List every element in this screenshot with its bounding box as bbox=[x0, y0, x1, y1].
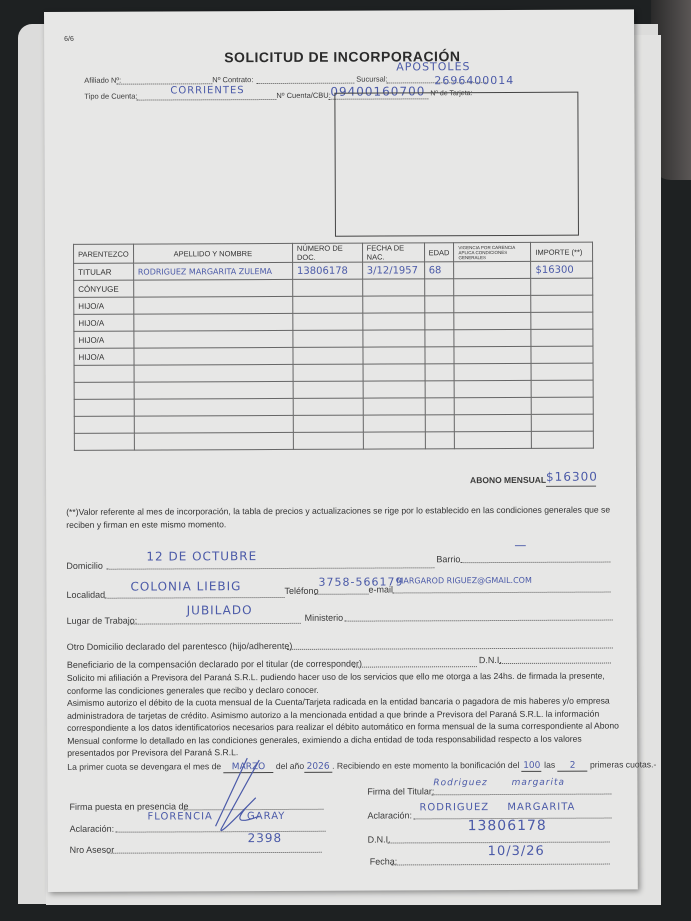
cell-fecha[interactable] bbox=[362, 330, 424, 347]
col-fecha: FECHA DE NAC. bbox=[362, 243, 424, 262]
otro-domicilio-field[interactable] bbox=[287, 648, 613, 650]
localidad-field[interactable] bbox=[105, 597, 285, 599]
aclaracion-asesor-value: FLORENCIA GARAY bbox=[147, 811, 285, 823]
cell-fecha[interactable] bbox=[363, 398, 425, 415]
cell-nombre[interactable]: RODRIGUEZ MARGARITA ZULEMA bbox=[133, 262, 292, 280]
fecha-field[interactable] bbox=[392, 864, 610, 866]
cell-fecha[interactable] bbox=[362, 313, 424, 330]
col-doc: NÚMERO DE DOC. bbox=[292, 243, 362, 262]
cell-parentezco bbox=[74, 365, 134, 382]
cell-vigencia[interactable] bbox=[454, 329, 531, 346]
cell-vigencia[interactable] bbox=[454, 295, 531, 312]
dni-titular-value: 13806178 bbox=[468, 818, 547, 834]
cell-vigencia[interactable] bbox=[454, 261, 531, 278]
cuotas-value[interactable]: 2 bbox=[558, 761, 588, 772]
photo-box bbox=[334, 92, 579, 237]
trabajo-field[interactable] bbox=[131, 623, 301, 625]
telefono-field[interactable] bbox=[315, 594, 369, 595]
cell-importe[interactable] bbox=[532, 414, 594, 431]
cell-edad[interactable] bbox=[425, 432, 455, 449]
tipo-cuenta-value: CORRIENTES bbox=[170, 85, 244, 96]
domicilio-value: 12 DE OCTUBRE bbox=[146, 549, 257, 563]
firma-titular-label: Firma del Titular: bbox=[367, 786, 434, 796]
tipo-cuenta-label: Tipo de Cuenta: bbox=[84, 92, 137, 101]
legal-paragraph-1: Solicito mi afiliación a Previsora del P… bbox=[67, 669, 627, 696]
cell-parentezco: TITULAR bbox=[74, 263, 134, 280]
cell-edad[interactable] bbox=[425, 398, 455, 415]
abono-value: $16300 bbox=[546, 470, 598, 484]
vigencia-sub: APLICA CONDICIONES GENERALES bbox=[458, 249, 526, 259]
cell-doc[interactable] bbox=[293, 296, 363, 313]
cell-importe[interactable] bbox=[532, 397, 594, 414]
cell-parentezco bbox=[74, 399, 134, 416]
cell-parentezco: HIJO/A bbox=[74, 331, 134, 348]
cell-importe[interactable] bbox=[531, 346, 593, 363]
las-label: las bbox=[544, 760, 555, 770]
abono-label: ABONO MENSUAL bbox=[470, 475, 546, 485]
aclaracion-asesor-label: Aclaración: bbox=[70, 824, 115, 834]
cell-edad[interactable] bbox=[424, 313, 454, 330]
cell-fecha[interactable] bbox=[363, 381, 425, 398]
sucursal-label: Sucursal: bbox=[356, 75, 387, 84]
firma-titular-field[interactable] bbox=[431, 794, 611, 796]
cell-nombre[interactable] bbox=[134, 313, 293, 331]
cell-nombre[interactable] bbox=[134, 432, 293, 450]
trabajo-label: Lugar de Trabajo: bbox=[67, 616, 138, 626]
trabajo-value: JUBILADO bbox=[187, 603, 253, 617]
col-vigencia: VIGENCIA POR CARENCIAAPLICA CONDICIONES … bbox=[454, 242, 531, 261]
cell-importe[interactable] bbox=[531, 380, 593, 397]
cell-fecha[interactable] bbox=[362, 296, 424, 313]
cell-importe[interactable] bbox=[531, 295, 593, 312]
cell-doc[interactable] bbox=[293, 415, 363, 432]
cell-parentezco: HIJO/A bbox=[74, 348, 134, 365]
asesor-value: 2398 bbox=[248, 831, 283, 845]
advisor-signature-icon bbox=[207, 756, 277, 836]
firma-titular-value: Rodriguez margarita bbox=[433, 778, 565, 789]
cell-vigencia[interactable] bbox=[455, 397, 532, 414]
cell-importe[interactable] bbox=[531, 312, 593, 329]
price-note: (**)Valor referente al mes de incorporac… bbox=[66, 503, 626, 530]
ministerio-label: Ministerio bbox=[305, 613, 344, 623]
cell-parentezco bbox=[74, 382, 134, 399]
cell-fecha[interactable] bbox=[363, 364, 425, 381]
cell-doc[interactable] bbox=[293, 364, 363, 381]
cell-importe[interactable] bbox=[532, 431, 594, 448]
cell-doc[interactable] bbox=[293, 279, 363, 296]
cell-edad[interactable]: 68 bbox=[424, 262, 454, 279]
cell-parentezco bbox=[74, 416, 134, 433]
cell-edad[interactable] bbox=[424, 296, 454, 313]
barrio-value: — bbox=[514, 538, 527, 552]
cell-vigencia[interactable] bbox=[454, 312, 531, 329]
anio-label: del año bbox=[276, 761, 304, 771]
cell-doc[interactable]: 13806178 bbox=[292, 262, 362, 279]
col-edad: EDAD bbox=[424, 243, 454, 262]
beneficiario-dni-field[interactable] bbox=[499, 663, 611, 664]
barrio-label: Barrio bbox=[436, 554, 460, 564]
aclaracion-titular-value: RODRIGUEZ MARGARITA bbox=[419, 802, 575, 814]
cell-importe[interactable] bbox=[531, 363, 593, 380]
barrio-field[interactable] bbox=[460, 562, 610, 564]
table-row bbox=[74, 431, 593, 450]
cell-parentezco bbox=[74, 433, 134, 450]
col-nombre: APELLIDO Y NOMBRE bbox=[133, 243, 292, 263]
cell-nombre[interactable] bbox=[134, 330, 293, 348]
localidad-value: COLONIA LIEBIG bbox=[130, 579, 241, 593]
cell-edad[interactable] bbox=[425, 415, 455, 432]
aclaracion-titular-label: Aclaración: bbox=[367, 810, 412, 820]
telefono-label: Teléfono bbox=[285, 586, 319, 596]
cell-nombre[interactable] bbox=[134, 347, 293, 365]
bonif-value[interactable]: 100 bbox=[522, 761, 542, 772]
asesor-field[interactable] bbox=[108, 852, 322, 854]
tipo-cuenta-field[interactable] bbox=[136, 99, 276, 101]
family-table: PARENTEZCO APELLIDO Y NOMBRE NÚMERO DE D… bbox=[73, 242, 594, 451]
cell-edad[interactable] bbox=[424, 330, 454, 347]
cell-vigencia[interactable] bbox=[455, 380, 532, 397]
cell-fecha[interactable] bbox=[363, 432, 425, 449]
col-importe: IMPORTE (**) bbox=[531, 242, 593, 261]
cell-nombre[interactable] bbox=[134, 398, 293, 416]
cell-fecha[interactable] bbox=[363, 347, 425, 364]
cell-importe[interactable] bbox=[531, 329, 593, 346]
cuota-anio[interactable]: 2026 bbox=[304, 762, 332, 773]
localidad-label: Localidad bbox=[67, 590, 106, 600]
presencia-label: Firma puesta en presencia de bbox=[69, 801, 188, 812]
email-field[interactable] bbox=[393, 592, 611, 594]
legal-paragraph-2: Asimismo autorizo el débito de la cuota … bbox=[67, 694, 627, 759]
cell-nombre[interactable] bbox=[133, 279, 292, 297]
cell-edad[interactable] bbox=[425, 364, 455, 381]
cell-fecha[interactable] bbox=[362, 279, 424, 296]
form-sheet: 6/6 SOLICITUD DE INCORPORACIÓN Afiliado … bbox=[44, 9, 638, 892]
cuota-suffix: primeras cuotas.- bbox=[590, 759, 656, 769]
domicilio-label: Domicilio bbox=[66, 561, 103, 571]
cell-vigencia[interactable] bbox=[454, 278, 531, 295]
cell-doc[interactable] bbox=[293, 313, 363, 330]
cell-parentezco: HIJO/A bbox=[74, 297, 134, 314]
cell-doc[interactable] bbox=[293, 330, 363, 347]
page-number: 6/6 bbox=[64, 36, 74, 43]
email-label: e-mail bbox=[369, 584, 394, 594]
cell-nombre[interactable] bbox=[134, 381, 293, 399]
email-value: MARGAROD RIGUEZ@GMAIL.COM bbox=[396, 576, 531, 586]
cell-nombre[interactable] bbox=[134, 415, 293, 433]
cell-doc[interactable] bbox=[293, 398, 363, 415]
cell-nombre[interactable] bbox=[133, 296, 292, 314]
cell-fecha[interactable]: 3/12/1957 bbox=[362, 262, 424, 279]
cell-edad[interactable] bbox=[425, 381, 455, 398]
cuenta-label: Nº Cuenta/CBU: bbox=[276, 91, 330, 100]
cell-doc[interactable] bbox=[293, 347, 363, 364]
beneficiario-field[interactable] bbox=[353, 666, 477, 668]
table-header-row: PARENTEZCO APELLIDO Y NOMBRE NÚMERO DE D… bbox=[74, 242, 593, 263]
cell-edad[interactable] bbox=[425, 347, 455, 364]
contrato-label: Nº Contrato: bbox=[212, 75, 253, 84]
beneficiario-label: Beneficiario de la compensación declarad… bbox=[67, 659, 362, 670]
cell-nombre[interactable] bbox=[134, 364, 293, 382]
cuenta-value-2: 2696400014 bbox=[434, 74, 514, 87]
cell-vigencia[interactable] bbox=[455, 414, 532, 431]
sucursal-value: APOSTOLES bbox=[396, 60, 470, 73]
cell-vigencia[interactable] bbox=[454, 346, 531, 363]
cell-fecha[interactable] bbox=[363, 415, 425, 432]
cell-importe[interactable]: $16300 bbox=[531, 261, 593, 278]
cell-edad[interactable] bbox=[424, 279, 454, 296]
cell-doc[interactable] bbox=[293, 381, 363, 398]
cuota-prefix: La primer cuota se devengara el mes de bbox=[67, 761, 221, 772]
cell-importe[interactable] bbox=[531, 278, 593, 295]
bonif-text: . Recibiendo en este momento la bonifica… bbox=[332, 760, 519, 771]
col-parentezco: PARENTEZCO bbox=[74, 244, 134, 263]
cell-vigencia[interactable] bbox=[455, 431, 532, 448]
ministerio-field[interactable] bbox=[345, 620, 613, 622]
cell-parentezco: HIJO/A bbox=[74, 314, 134, 331]
cell-vigencia[interactable] bbox=[454, 363, 531, 380]
fecha-value: 10/3/26 bbox=[488, 844, 545, 859]
otro-domicilio-label: Otro Domicilio declarado del parentesco … bbox=[67, 641, 293, 652]
cell-doc[interactable] bbox=[293, 432, 363, 449]
cuota-line: La primer cuota se devengara el mes de M… bbox=[67, 759, 656, 774]
abono-field[interactable] bbox=[546, 486, 596, 487]
cell-parentezco: CÓNYUGE bbox=[74, 280, 134, 297]
domicilio-field[interactable] bbox=[106, 567, 434, 569]
